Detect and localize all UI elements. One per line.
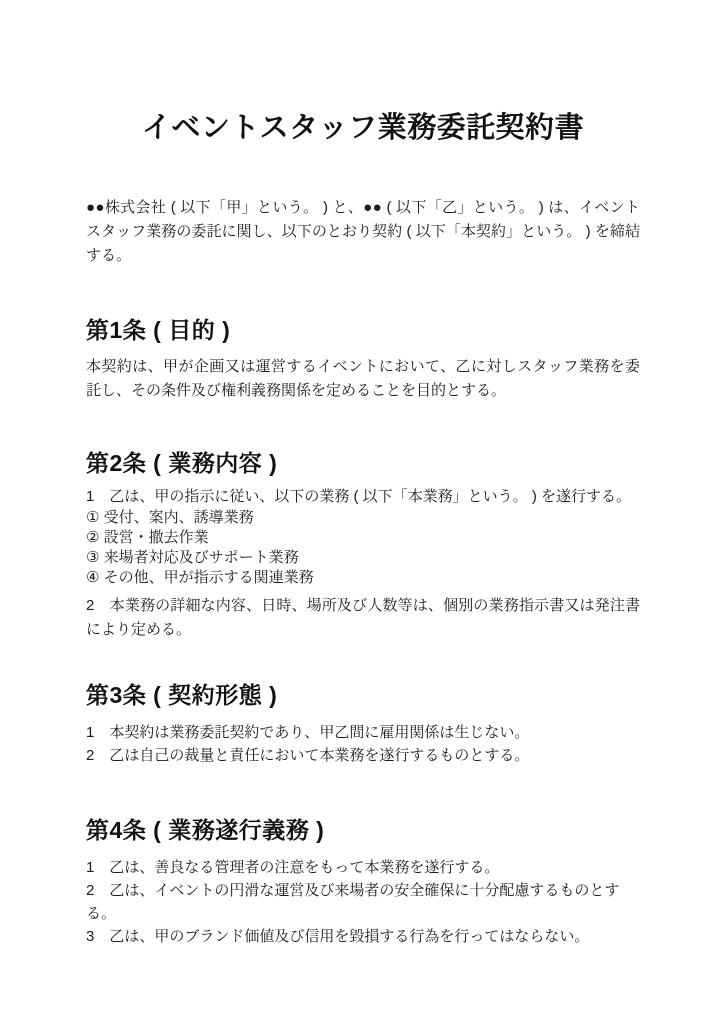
article-2-clause-1: 1 乙は、甲の指示に従い、以下の業務 ( 以下「本業務」という。 ) を遂行する… <box>86 485 640 508</box>
article-3-clauses: 1 本契約は業務委託契約であり、甲乙間に雇用関係は生じない。 2 乙は自己の裁量… <box>86 721 640 767</box>
article-4-clause-1: 1 乙は、善良なる管理者の注意をもって本業務を遂行する。 <box>86 856 640 879</box>
contract-document-page: イベントスタッフ業務委託契約書 ●●株式会社 ( 以下「甲」という。 ) と、●… <box>0 0 724 1024</box>
article-3-clause-2: 2 乙は自己の裁量と責任において本業務を遂行するものとする。 <box>86 744 640 767</box>
section-article-3: 第3条 ( 契約形態 ) 1 本契約は業務委託契約であり、甲乙間に雇用関係は生じ… <box>86 679 640 767</box>
article-2-clause-2: 2 本業務の詳細な内容、日時、場所及び人数等は、個別の業務指示書又は発注書により… <box>86 594 640 642</box>
article-2-heading: 第2条 ( 業務内容 ) <box>86 447 640 479</box>
list-item-4: ④ その他、甲が指示する関連業務 <box>86 568 640 588</box>
list-item-3: ③ 来場者対応及びサポート業務 <box>86 548 640 568</box>
article-3-clause-1: 1 本契約は業務委託契約であり、甲乙間に雇用関係は生じない。 <box>86 721 640 744</box>
article-4-heading: 第4条 ( 業務遂行義務 ) <box>86 814 640 846</box>
list-item-1: ① 受付、案内、誘導業務 <box>86 508 640 528</box>
section-article-1: 第1条 ( 目的 ) 本契約は、甲が企画又は運営するイベントにおいて、乙に対しス… <box>86 314 640 403</box>
article-3-heading: 第3条 ( 契約形態 ) <box>86 679 640 711</box>
article-1-paragraph: 本契約は、甲が企画又は運営するイベントにおいて、乙に対しスタッフ業務を委託し、そ… <box>86 355 640 403</box>
section-article-4: 第4条 ( 業務遂行義務 ) 1 乙は、善良なる管理者の注意をもって本業務を遂行… <box>86 814 640 948</box>
article-4-clause-3: 3 乙は、甲のブランド価値及び信用を毀損する行為を行ってはならない。 <box>86 925 640 948</box>
section-article-2: 第2条 ( 業務内容 ) 1 乙は、甲の指示に従い、以下の業務 ( 以下「本業務… <box>86 447 640 642</box>
list-item-2: ② 設営・撤去作業 <box>86 528 640 548</box>
article-1-heading: 第1条 ( 目的 ) <box>86 314 640 346</box>
intro-paragraph: ●●株式会社 ( 以下「甲」という。 ) と、●● ( 以下「乙」という。 ) … <box>86 196 640 268</box>
article-4-clauses: 1 乙は、善良なる管理者の注意をもって本業務を遂行する。 2 乙は、イベントの円… <box>86 856 640 948</box>
document-title: イベントスタッフ業務委託契約書 <box>86 106 640 150</box>
article-2-task-list: ① 受付、案内、誘導業務 ② 設営・撤去作業 ③ 来場者対応及びサポート業務 ④… <box>86 508 640 588</box>
article-4-clause-2: 2 乙は、イベントの円滑な運営及び来場者の安全確保に十分配慮するものとする。 <box>86 879 640 925</box>
